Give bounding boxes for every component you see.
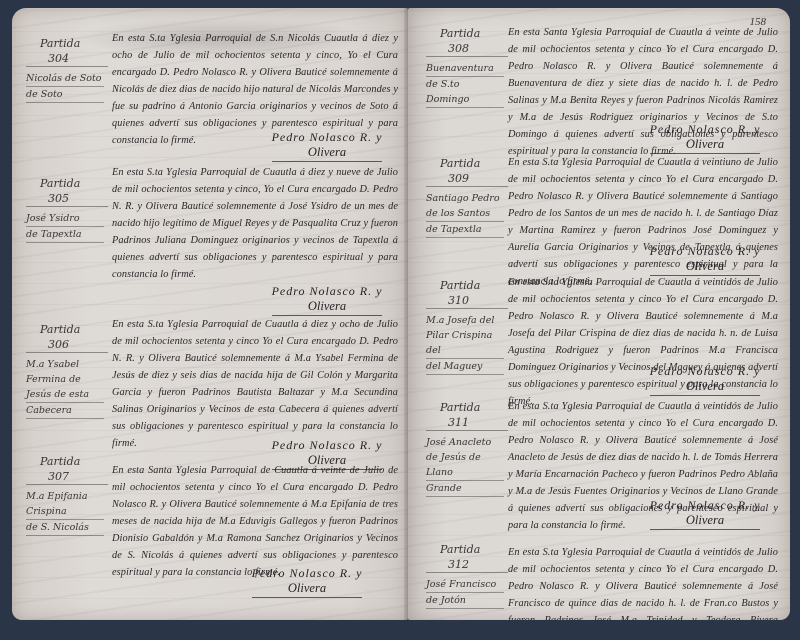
signature-name: Pedro Nolasco R. y	[630, 498, 780, 513]
child-name: José Francisco	[426, 577, 504, 593]
entry-body: En esta S.ta Yglesia Parroquial de Cuaut…	[508, 544, 778, 620]
partida-number: 311	[426, 415, 508, 431]
margin-note: Partida 306 M.a Ysabel Fermina de Jesús …	[26, 322, 104, 419]
entry-body: En esta S.ta Yglesia Parroquial de Cuaut…	[112, 316, 398, 452]
margin-note: Partida 305 José Ysidro de Tapextla	[26, 176, 104, 243]
child-name: M.a Josefa del Pilar Crispina del	[426, 313, 504, 359]
child-name: M.a Epifania Crispina	[26, 489, 104, 520]
partida-number: 307	[26, 469, 108, 485]
signature-surname: Olivera	[252, 581, 362, 598]
signature-surname: Olivera	[272, 299, 382, 316]
place-name: Cabecera	[26, 403, 104, 419]
child-name: M.a Ysabel Fermina de Jesús de esta	[26, 357, 104, 403]
signature-surname: Olivera	[272, 145, 382, 162]
partida-label: Partida	[426, 26, 504, 41]
right-page: 158 Partida 308 Buenaventura de S.to Dom…	[408, 8, 790, 620]
signature-name: Pedro Nolasco R. y	[630, 244, 780, 259]
entry-body: En esta Santa Yglesia Parroquial de Cuau…	[112, 462, 398, 581]
partida-number: 312	[426, 557, 508, 573]
signature-name: Pedro Nolasco R. y	[252, 438, 402, 453]
place-name: de Jotón	[426, 593, 504, 609]
register-spread: Partida 304 Nicolás de Soto de Soto En e…	[12, 8, 790, 620]
margin-note: Partida 308 Buenaventura de S.to Domingo	[426, 26, 504, 108]
partida-label: Partida	[26, 322, 104, 337]
child-name: Nicolás de Soto	[26, 71, 104, 87]
margin-note: Partida 307 M.a Epifania Crispina de S. …	[26, 454, 104, 536]
signature-name: Pedro Nolasco R. y	[630, 364, 780, 379]
partida-label: Partida	[26, 176, 104, 191]
priest-signature: Pedro Nolasco R. y Olivera	[232, 566, 382, 598]
priest-signature: Pedro Nolasco R. y Olivera	[252, 130, 402, 162]
priest-signature: Pedro Nolasco R. y Olivera	[252, 284, 402, 316]
partida-number: 308	[426, 41, 508, 57]
signature-name: Pedro Nolasco R. y	[630, 122, 780, 137]
margin-note: Partida 304 Nicolás de Soto de Soto	[26, 36, 104, 103]
margin-note: Partida 310 M.a Josefa del Pilar Crispin…	[426, 278, 504, 375]
margin-note: Partida 311 José Anacleto de Jesús de Ll…	[426, 400, 504, 497]
signature-name: Pedro Nolasco R. y	[252, 284, 402, 299]
margin-note: Partida 309 Santiago Pedro de los Santos…	[426, 156, 504, 238]
partida-label: Partida	[426, 542, 504, 557]
priest-signature: Pedro Nolasco R. y Olivera	[630, 122, 780, 154]
place-name: del Maguey	[426, 359, 504, 375]
partida-label: Partida	[426, 278, 504, 293]
child-name: José Anacleto de Jesús de Llano	[426, 435, 504, 481]
signature-name: Pedro Nolasco R. y	[232, 566, 382, 581]
partida-number: 306	[26, 337, 108, 353]
partida-label: Partida	[426, 400, 504, 415]
place-name: de Tapextla	[426, 222, 504, 238]
child-name: José Ysidro	[26, 211, 104, 227]
partida-number: 305	[26, 191, 108, 207]
priest-signature: Pedro Nolasco R. y Olivera	[630, 364, 780, 396]
partida-label: Partida	[426, 156, 504, 171]
signature-name: Pedro Nolasco R. y	[252, 130, 402, 145]
partida-label: Partida	[26, 36, 104, 51]
partida-label: Partida	[26, 454, 104, 469]
priest-signature: Pedro Nolasco R. y Olivera	[630, 244, 780, 276]
partida-number: 309	[426, 171, 508, 187]
child-name: Santiago Pedro de los Santos	[426, 191, 504, 222]
place-name: de S. Nicolás	[26, 520, 104, 536]
place-name: de S.to Domingo	[426, 77, 504, 108]
priest-signature: Pedro Nolasco R. y Olivera	[630, 498, 780, 530]
entry-body: En esta S.ta Yglesia Parroquial de Cuaut…	[112, 164, 398, 283]
left-page: Partida 304 Nicolás de Soto de Soto En e…	[12, 8, 408, 620]
place-name: de Tapextla	[26, 227, 104, 243]
place-name: Grande	[426, 481, 504, 497]
signature-surname: Olivera	[650, 137, 760, 154]
child-name: Buenaventura	[426, 61, 504, 77]
place-name: de Soto	[26, 87, 104, 103]
partida-number: 310	[426, 293, 508, 309]
partida-number: 304	[26, 51, 108, 67]
signature-surname: Olivera	[650, 379, 760, 396]
margin-note: Partida 312 José Francisco de Jotón	[426, 542, 504, 609]
signature-surname: Olivera	[650, 513, 760, 530]
